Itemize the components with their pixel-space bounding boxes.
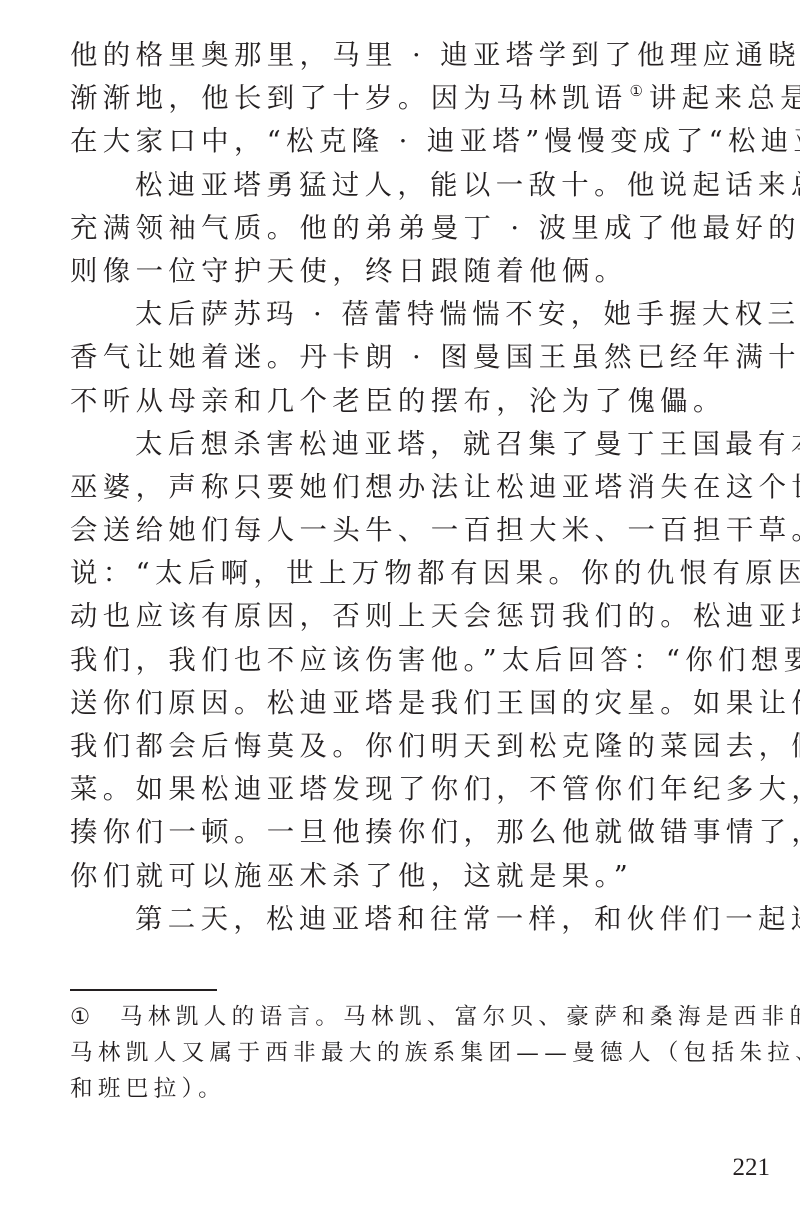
paragraph-first-line: 太后想杀害松迪亚塔，就召集了曼丁王国最有本事的九个老	[70, 423, 762, 466]
text-line: 香气让她着迷。丹卡朗 · 图曼国王虽然已经年满十八岁，仍不得	[70, 336, 762, 379]
paragraph-first-line: 松迪亚塔勇猛过人，能以一敌十。他说起话来总是有理有据，	[70, 164, 762, 207]
text-line: 揍你们一顿。一旦他揍你们，那么他就做错事情了，这就是因，	[70, 811, 762, 854]
text-line: 我们都会后悔莫及。你们明天到松克隆的菜园去，假装要摘些蔬	[70, 725, 762, 768]
footnote-separator	[70, 989, 217, 991]
footnote: ①马林凯人的语言。马林凯、富尔贝、豪萨和桑海是西非的四大族群。 马林凯人又属于西…	[70, 999, 762, 1107]
text-line: 送你们原因。松迪亚塔是我们王国的灾星。如果让他长大成人，	[70, 682, 762, 725]
text-line: 会送给她们每人一头牛、一百担大米、一百担干草。老巫婆回答	[70, 509, 762, 552]
text-fragment: 讲起来总是很快，所以	[649, 83, 800, 114]
text-line: 菜。如果松迪亚塔发现了你们，不管你们年纪多大，他都会狠狠	[70, 768, 762, 811]
text-line: 我们，我们也不应该伤害他。”太后回答：“你们想要原因，我便	[70, 639, 762, 682]
text-line: 巫婆，声称只要她们想办法让松迪亚塔消失在这个世界上，她就	[70, 466, 762, 509]
text-line: 他的格里奥那里，马里 · 迪亚塔学到了他理应通晓的一切事物。	[70, 34, 762, 77]
text-fragment: 渐渐地，他长到了十岁。因为马林凯语	[70, 83, 627, 114]
paragraph-first-line: 第二天，松迪亚塔和往常一样，和伙伴们一起进丛林打猎，	[70, 898, 762, 941]
text-line: 在大家口中，“松克隆 · 迪亚塔”慢慢变成了“松迪亚塔”。	[70, 120, 762, 163]
text-line: 则像一位守护天使，终日跟随着他俩。	[70, 250, 762, 293]
page-number: 221	[733, 1152, 771, 1184]
text-line: 说：“太后啊，世上万物都有因果。你的仇恨有原因，我们的行	[70, 552, 762, 595]
footnote-marker: ①	[70, 999, 120, 1035]
footnote-line: 和班巴拉）。	[70, 1071, 762, 1107]
footnote-text: 马林凯人的语言。马林凯、富尔贝、豪萨和桑海是西非的四大族群。	[120, 1004, 800, 1030]
footnote-line: 马林凯人又属于西非最大的族系集团——曼德人（包括朱拉、博佐、比萨	[70, 1035, 762, 1071]
paragraph-first-line: 太后萨苏玛 · 蓓蕾特惴惴不安，她手握大权三年了，权力的	[70, 293, 762, 336]
footnote-reference[interactable]: ①	[629, 82, 642, 100]
book-page: 他的格里奥那里，马里 · 迪亚塔学到了他理应通晓的一切事物。 渐渐地，他长到了十…	[0, 0, 800, 1214]
footnote-line: ①马林凯人的语言。马林凯、富尔贝、豪萨和桑海是西非的四大族群。	[70, 999, 762, 1035]
text-line-with-footnote-ref: 渐渐地，他长到了十岁。因为马林凯语①讲起来总是很快，所以	[70, 77, 762, 120]
text-line: 你们就可以施巫术杀了他，这就是果。”	[70, 855, 762, 898]
body-text: 他的格里奥那里，马里 · 迪亚塔学到了他理应通晓的一切事物。 渐渐地，他长到了十…	[70, 34, 762, 941]
text-line: 不听从母亲和几个老臣的摆布，沦为了傀儡。	[70, 380, 762, 423]
text-line: 充满领袖气质。他的弟弟曼丁 · 波里成了他最好的朋友，法赛盖	[70, 207, 762, 250]
text-line: 动也应该有原因，否则上天会惩罚我们的。松迪亚塔没有伤害过	[70, 595, 762, 638]
